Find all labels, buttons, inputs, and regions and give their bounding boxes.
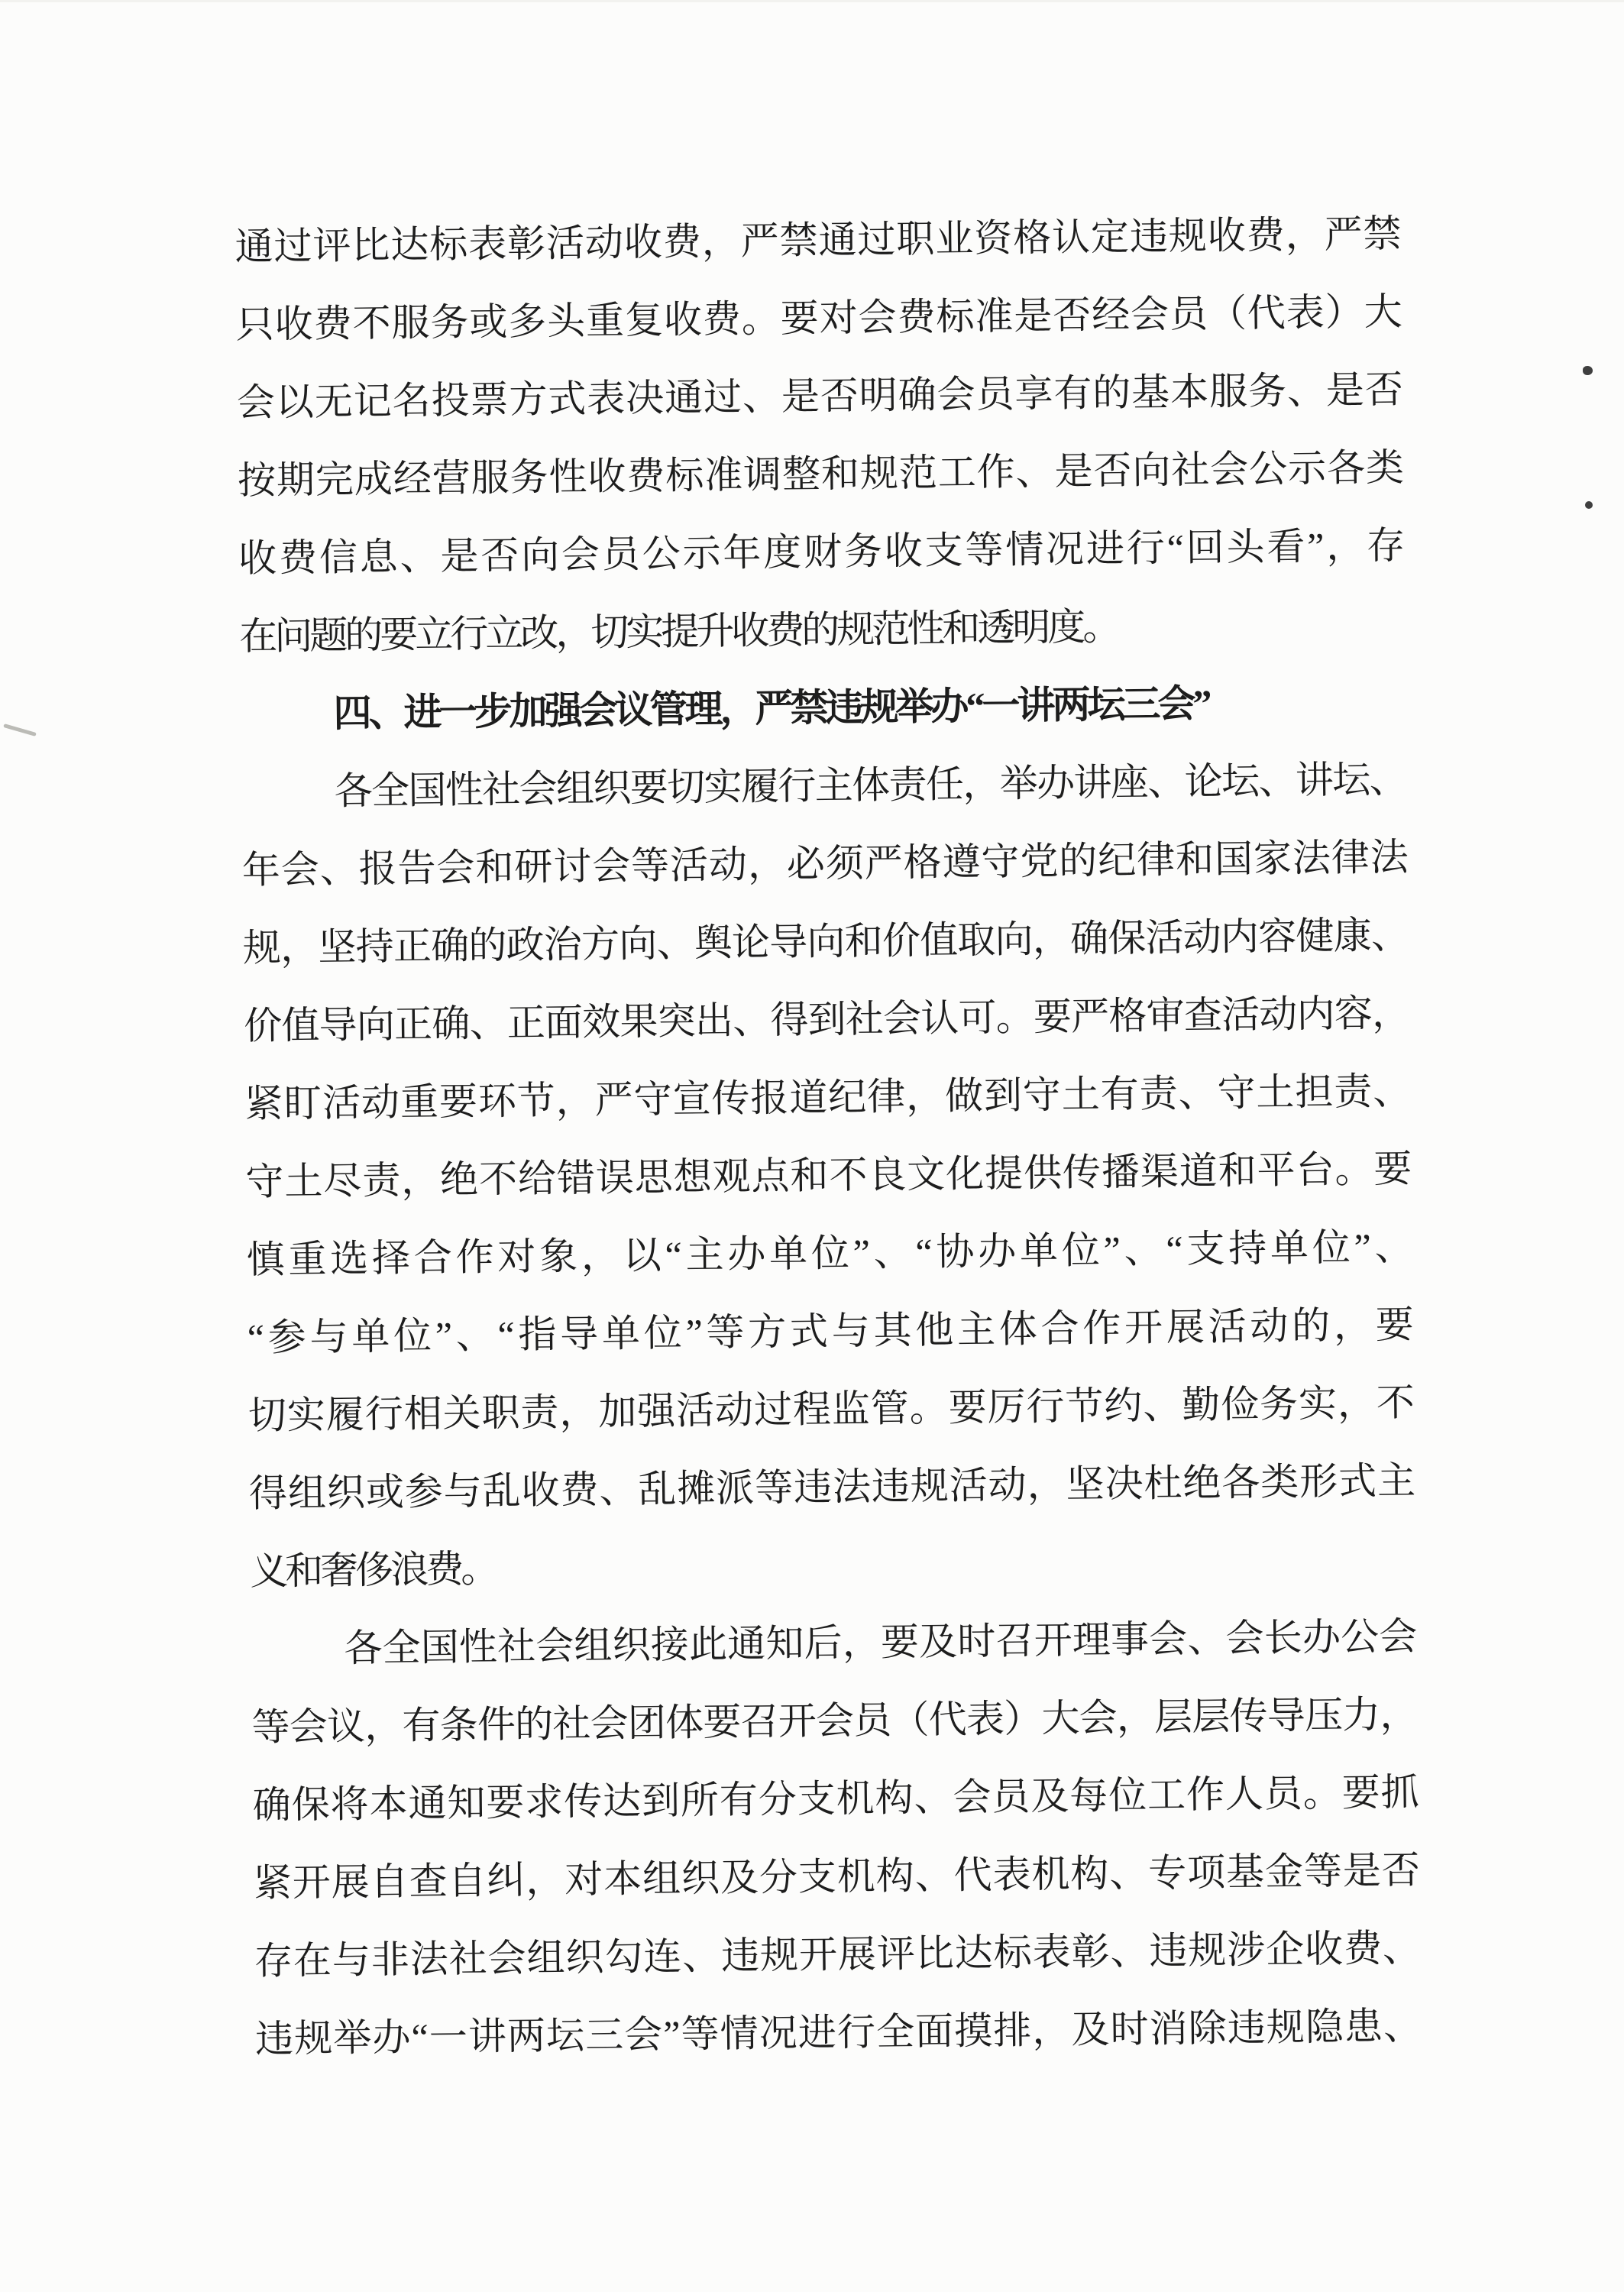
text-line: 守土尽责，绝不给错误思想观点和不良文化提供传播渠道和平台。要 <box>245 1130 1409 1221</box>
scanned-page: 通过评比达标表彰活动收费，严禁通过职业资格认定违规收费，严禁 只收费不服务或多头… <box>0 0 1624 2292</box>
text-line: 确保将本通知要求传达到所有分支机构、会员及每位工作人员。要抓 <box>252 1753 1416 1844</box>
text-line: 在问题的要立行立改，切实提升收费的规范性和透明度。 <box>239 584 1403 675</box>
text-line: 价值导向正确、正面效果突出、得到社会认可。要严格审查活动内容， <box>244 974 1408 1065</box>
ink-speck <box>1585 501 1593 509</box>
scan-edge-artifact <box>0 0 1624 2</box>
section-heading: 四、进一步加强会议管理，严禁违规举办“一讲两坛三会” <box>240 662 1404 753</box>
scanned-document: { "theme": { "ink": "#1d1d1d", "paper": … <box>0 0 1624 2292</box>
ink-speck <box>1583 366 1593 375</box>
pen-mark <box>3 724 37 736</box>
paragraph-first-line: 各全国性社会组织要切实履行主体责任，举办讲座、论坛、讲坛、 <box>241 740 1405 831</box>
text-line: 慎重选择合作对象，以“主办单位”、“协办单位”、“支持单位”、 <box>246 1208 1410 1299</box>
text-line: 等会议，有条件的社会团体要召开会员（代表）大会，层层传导压力， <box>251 1675 1415 1766</box>
text-line: 会以无记名投票方式表决通过、是否明确会员享有的基本服务、是否 <box>236 351 1400 442</box>
text-line: 紧开展自查自纠，对本组织及分支机构、代表机构、专项基金等是否 <box>253 1831 1417 1922</box>
text-line: 规，坚持正确的政治方向、舆论导向和价值取向，确保活动内容健康、 <box>242 896 1406 987</box>
document-text-block: 通过评比达标表彰活动收费，严禁通过职业资格认定违规收费，严禁 只收费不服务或多头… <box>235 195 1419 2078</box>
text-line: 年会、报告会和研讨会等活动，必须严格遵守党的纪律和国家法律法 <box>241 818 1406 909</box>
text-line: 得组织或参与乱收费、乱摊派等违法违规活动，坚决杜绝各类形式主 <box>249 1442 1413 1533</box>
text-line: 违规举办“一讲两坛三会”等情况进行全面摸排，及时消除违规隐患、 <box>255 1987 1419 2078</box>
text-line: “参与单位”、“指导单位”等方式与其他主体合作开展活动的，要 <box>247 1286 1411 1377</box>
text-line: 义和奢侈浪费。 <box>250 1520 1414 1611</box>
paragraph-first-line: 各全国性社会组织接此通知后，要及时召开理事会、会长办公会 <box>251 1598 1415 1688</box>
text-line: 切实履行相关职责，加强活动过程监管。要厉行节约、勤俭务实，不 <box>247 1364 1412 1455</box>
text-line: 存在与非法社会组织勾连、违规开展评比达标表彰、违规涉企收费、 <box>254 1909 1418 2000</box>
text-line: 收费信息、是否向会员公示年度财务收支等情况进行“回头看”，存 <box>238 507 1402 597</box>
text-line: 按期完成经营服务性收费标准调整和规范工作、是否向社会公示各类 <box>237 429 1401 520</box>
text-line: 只收费不服务或多头重复收费。要对会费标准是否经会员（代表）大 <box>235 273 1399 364</box>
text-line: 通过评比达标表彰活动收费，严禁通过职业资格认定违规收费，严禁 <box>235 195 1399 286</box>
text-line: 紧盯活动重要环节，严守宣传报道纪律，做到守土有责、守土担责、 <box>244 1052 1409 1143</box>
